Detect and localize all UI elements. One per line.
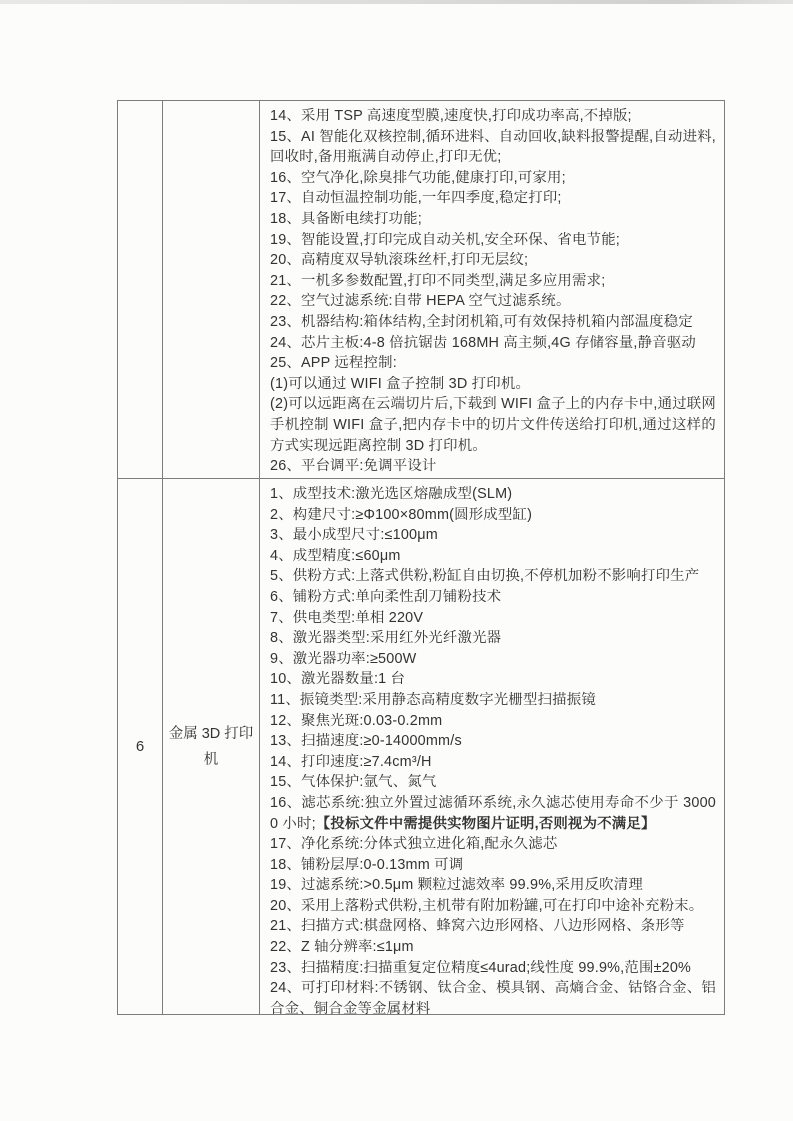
item-name-cell bbox=[163, 101, 260, 478]
spec-item: 23、机器结构:箱体结构,全封闭机箱,可有效保持机箱内部温度稳定 bbox=[270, 312, 716, 333]
spec-item: 5、供粉方式:上落式供粉,粉缸自由切换,不停机加粉不影响打印生产 bbox=[270, 566, 716, 587]
spec-item: 7、供电类型:单相 220V bbox=[270, 608, 716, 629]
spec-item: 12、聚焦光斑:0.03-0.2mm bbox=[270, 711, 716, 732]
spec-item: 16、滤芯系统:独立外置过滤循环系统,永久滤芯使用寿命不少于 30000 小时;… bbox=[270, 793, 716, 834]
spec-item: 10、激光器数量:1 台 bbox=[270, 669, 716, 690]
spec-item: 22、空气过滤系统:自带 HEPA 空气过滤系统。 bbox=[270, 291, 716, 312]
spec-item: 19、智能设置,打印完成自动关机,安全环保、省电节能; bbox=[270, 230, 716, 251]
spec-item: 14、打印速度:≥7.4cm³/H bbox=[270, 752, 716, 773]
spec-item: 17、净化系统:分体式独立进化箱,配永久滤芯 bbox=[270, 834, 716, 855]
scan-smudge-top bbox=[0, 0, 793, 4]
spec-item: 17、自动恒温控制功能,一年四季度,稳定打印; bbox=[270, 188, 716, 209]
spec-item: 13、扫描速度:≥0-14000mm/s bbox=[270, 731, 716, 752]
spec-item: 21、扫描方式:棋盘网格、蜂窝六边形网格、八边形网格、条形等 bbox=[270, 916, 716, 937]
spec-list-cell: 1、成型技术:激光选区熔融成型(SLM)2、构建尺寸:≥Φ100×80mm(圆形… bbox=[260, 479, 724, 1014]
spec-table: 14、采用 TSP 高速度型膜,速度快,打印成功率高,不掉版;15、AI 智能化… bbox=[117, 100, 725, 1015]
spec-item: 26、平台调平:免调平设计 bbox=[270, 456, 716, 477]
spec-item: 15、气体保护:氩气、氮气 bbox=[270, 772, 716, 793]
spec-item: 18、具备断电续打功能; bbox=[270, 209, 716, 230]
spec-item: (2)可以远距离在云端切片后,下载到 WIFI 盒子上的内存卡中,通过联网手机控… bbox=[270, 394, 716, 456]
spec-item: 24、芯片主板:4-8 倍抗锯齿 168MH 高主频,4G 存储容量,静音驱动 bbox=[270, 333, 716, 354]
spec-item: 25、APP 远程控制: bbox=[270, 353, 716, 374]
item-name-cell: 金属 3D 打印机 bbox=[163, 479, 260, 1014]
spec-item: 4、成型精度:≤60μm bbox=[270, 546, 716, 567]
spec-item: 18、铺粉层厚:0-0.13mm 可调 bbox=[270, 855, 716, 876]
spec-item: 20、高精度双导轨滚珠丝杆,打印无层纹; bbox=[270, 250, 716, 271]
item-number: 6 bbox=[136, 738, 144, 755]
spec-item: 23、扫描精度:扫描重复定位精度≤4urad;线性度 99.9%,范围±20% bbox=[270, 958, 716, 979]
spec-item: 15、AI 智能化双核控制,循环进料、自动回收,缺料报警提醒,自动进料,回收时,… bbox=[270, 127, 716, 168]
spec-item: 2、构建尺寸:≥Φ100×80mm(圆形成型缸) bbox=[270, 505, 716, 526]
spec-item: 22、Z 轴分辨率:≤1μm bbox=[270, 937, 716, 958]
spec-item: 8、激光器类型:采用红外光纤激光器 bbox=[270, 628, 716, 649]
table-row: 6 金属 3D 打印机 1、成型技术:激光选区熔融成型(SLM)2、构建尺寸:≥… bbox=[118, 478, 724, 1014]
item-name: 金属 3D 打印机 bbox=[168, 721, 254, 773]
item-number-cell bbox=[118, 101, 163, 478]
spec-item: 11、振镜类型:采用静态高精度数字光栅型扫描振镜 bbox=[270, 690, 716, 711]
spec-item: 21、一机多参数配置,打印不同类型,满足多应用需求; bbox=[270, 271, 716, 292]
spec-item: 14、采用 TSP 高速度型膜,速度快,打印成功率高,不掉版; bbox=[270, 106, 716, 127]
spec-item: 6、铺粉方式:单向柔性刮刀铺粉技术 bbox=[270, 587, 716, 608]
spec-item: (1)可以通过 WIFI 盒子控制 3D 打印机。 bbox=[270, 374, 716, 395]
spec-list-cell: 14、采用 TSP 高速度型膜,速度快,打印成功率高,不掉版;15、AI 智能化… bbox=[260, 101, 724, 478]
spec-item: 19、过滤系统:>0.5μm 颗粒过滤效率 99.9%,采用反吹清理 bbox=[270, 875, 716, 896]
document-page: 14、采用 TSP 高速度型膜,速度快,打印成功率高,不掉版;15、AI 智能化… bbox=[0, 0, 793, 1121]
spec-item: 24、可打印材料:不锈钢、钛合金、模具钢、高熵合金、钴铬合金、铝合金、铜合金等金… bbox=[270, 978, 716, 1014]
spec-item: 1、成型技术:激光选区熔融成型(SLM) bbox=[270, 484, 716, 505]
spec-item: 20、采用上落粉式供粉,主机带有附加粉罐,可在打印中途补充粉末。 bbox=[270, 896, 716, 917]
spec-item: 3、最小成型尺寸:≤100μm bbox=[270, 525, 716, 546]
spec-item: 9、激光器功率:≥500W bbox=[270, 649, 716, 670]
spec-item: 16、空气净化,除臭排气功能,健康打印,可家用; bbox=[270, 168, 716, 189]
item-number-cell: 6 bbox=[118, 479, 163, 1014]
table-row: 14、采用 TSP 高速度型膜,速度快,打印成功率高,不掉版;15、AI 智能化… bbox=[118, 101, 724, 478]
